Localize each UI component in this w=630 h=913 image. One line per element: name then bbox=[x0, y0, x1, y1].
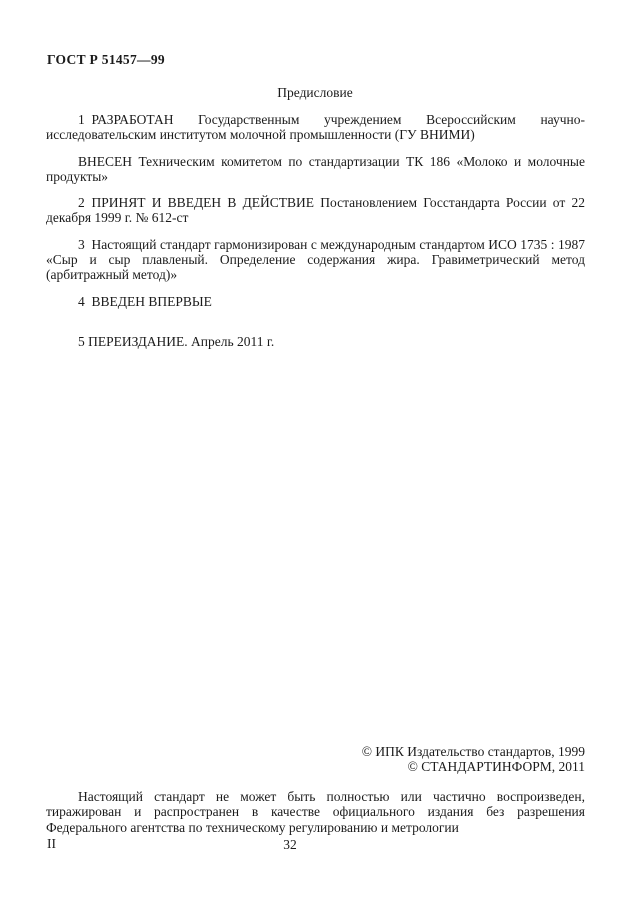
section-title: Предисловие bbox=[0, 85, 630, 100]
footer-roman-numeral: II bbox=[47, 836, 56, 851]
copyright-block: © ИПК Издательство стандартов, 1999 © СТ… bbox=[362, 744, 585, 775]
preface-paragraph-4: 3 Настоящий стандарт гармонизирован с ме… bbox=[46, 237, 585, 283]
preface-body: 1 РАЗРАБОТАН Государственным учреждением… bbox=[46, 112, 585, 349]
preface-paragraph-1: 1 РАЗРАБОТАН Государственным учреждением… bbox=[46, 112, 585, 143]
standard-code: ГОСТ Р 51457—99 bbox=[47, 52, 165, 67]
legal-notice: Настоящий стандарт не может быть полност… bbox=[46, 789, 585, 835]
preface-paragraph-3: 2 ПРИНЯТ И ВВЕДЕН В ДЕЙСТВИЕ Постановлен… bbox=[46, 195, 585, 226]
preface-paragraph-6: 5 ПЕРЕИЗДАНИЕ. Апрель 2011 г. bbox=[46, 334, 585, 349]
footer-page-number: 32 bbox=[270, 837, 310, 852]
preface-paragraph-2: ВНЕСЕН Техническим комитетом по стандарт… bbox=[46, 154, 585, 185]
copyright-line-2: © СТАНДАРТИНФОРМ, 2011 bbox=[362, 759, 585, 774]
copyright-line-1: © ИПК Издательство стандартов, 1999 bbox=[362, 744, 585, 759]
preface-paragraph-5: 4 ВВЕДЕН ВПЕРВЫЕ bbox=[46, 294, 585, 309]
document-page: ГОСТ Р 51457—99 Предисловие 1 РАЗРАБОТАН… bbox=[0, 0, 630, 913]
